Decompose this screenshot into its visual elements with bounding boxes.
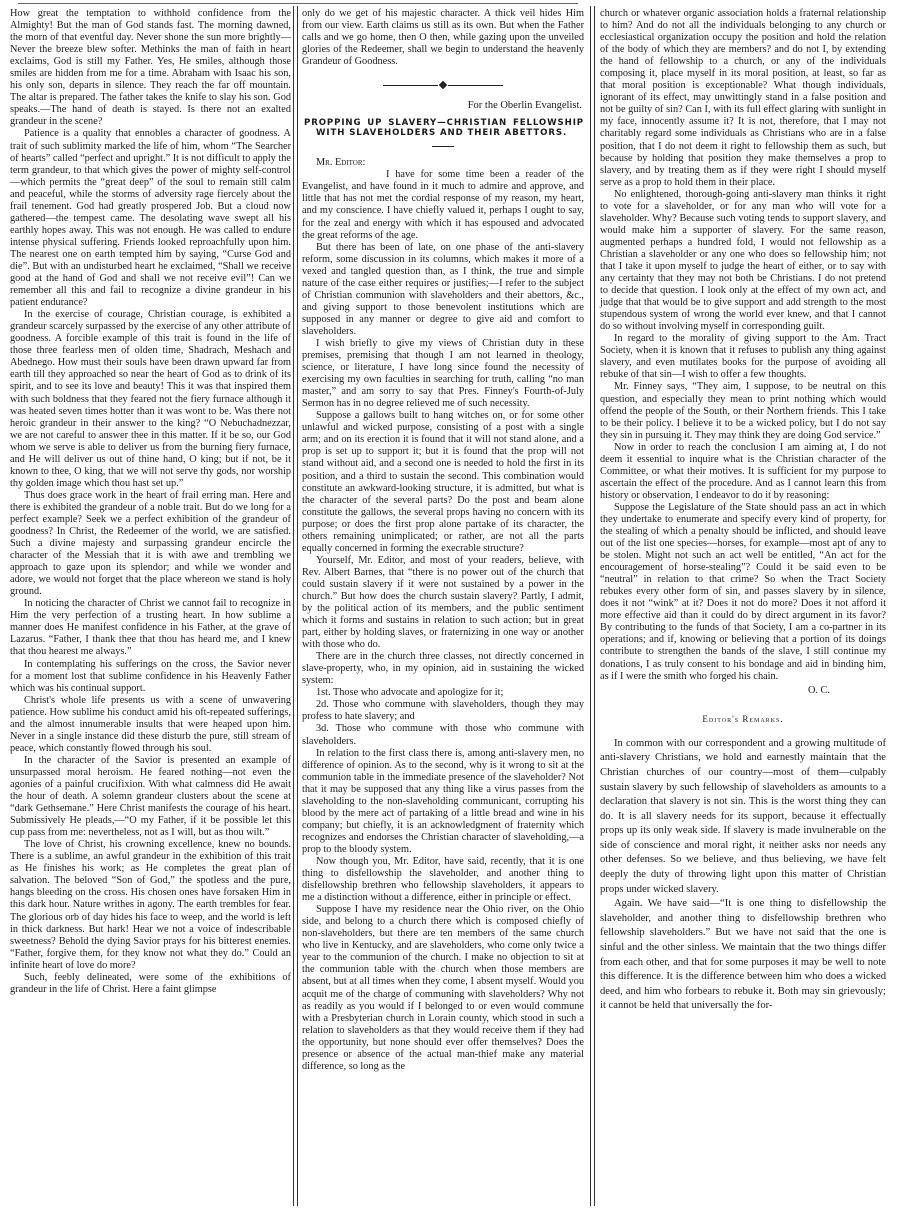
editor-remarks: In common with our correspondent and a g…: [600, 737, 886, 1014]
classes-list: 1st. Those who advocate and apologize fo…: [302, 687, 584, 747]
column-rule: [293, 6, 298, 1206]
list-item: 1st. Those who advocate and apologize fo…: [302, 687, 584, 699]
article-byline: For the Oberlin Evangelist.: [302, 100, 584, 112]
paragraph: Suppose the Legislature of the State sho…: [600, 502, 886, 683]
paragraph: But there has been of late, on one phase…: [302, 242, 584, 338]
paragraph: Such, feebly delineated, were some of th…: [10, 972, 291, 996]
paragraph: Suppose a gallows built to hang witches …: [302, 410, 584, 555]
paragraph: church or whatever organic association h…: [600, 8, 886, 189]
paragraph: No enlightened, thorough-going anti-slav…: [600, 189, 886, 334]
column-1: How great the temptation to withhold con…: [10, 8, 291, 996]
paragraph: Patience is a quality that ennobles a ch…: [10, 128, 291, 309]
paragraph: Yourself, Mr. Editor, and most of your r…: [302, 555, 584, 651]
paragraph: How great the temptation to withhold con…: [10, 8, 291, 128]
section-divider-ornament: [302, 82, 584, 88]
list-item: 3d. Those who commune with those who com…: [302, 723, 584, 747]
divider-line: [383, 85, 438, 86]
editor-remarks-heading: Editor's Remarks.: [600, 713, 886, 725]
paragraph: Mr. Finney says, “They aim, I suppose, t…: [600, 381, 886, 441]
paragraph: Now though you, Mr. Editor, have said, r…: [302, 856, 584, 904]
paragraph: only do we get of his majestic character…: [302, 8, 584, 68]
column-rule: [590, 6, 595, 1206]
paragraph: In the character of the Savior is presen…: [10, 755, 291, 839]
paragraph: In regard to the morality of giving supp…: [600, 333, 886, 381]
letter-signature: O. C.: [600, 685, 886, 697]
paragraph: In relation to the first class there is,…: [302, 748, 584, 856]
list-item: 2d. Those who commune with slaveholders,…: [302, 699, 584, 723]
paragraph: Suppose I have my residence near the Ohi…: [302, 904, 584, 1073]
paragraph: Now in order to reach the conclusion I a…: [600, 442, 886, 502]
paragraph: Thus does grace work in the heart of fra…: [10, 490, 291, 598]
column-2: only do we get of his majestic character…: [302, 8, 584, 1073]
paragraph: In contemplating his sufferings on the c…: [10, 659, 291, 695]
paragraph: There are in the church three classes, n…: [302, 651, 584, 687]
divider-line: [448, 85, 503, 86]
paragraph: In the exercise of courage, Christian co…: [10, 309, 291, 490]
article-headline: PROPPING UP SLAVERY—CHRISTIAN FELLOWSHIP…: [302, 118, 584, 138]
paragraph: I have for some time been a reader of th…: [302, 169, 584, 241]
letter-salutation: Mr. Editor:: [302, 157, 584, 169]
paragraph: In noticing the character of Christ we c…: [10, 598, 291, 658]
diamond-ornament-icon: [439, 81, 447, 89]
paragraph: In common with our correspondent and a g…: [600, 737, 886, 898]
headline-rule: [432, 146, 454, 147]
paragraph: Again. We have said—“It is one thing to …: [600, 897, 886, 1014]
top-rule: [18, 3, 578, 4]
paragraph: I wish briefly to give my views of Chris…: [302, 338, 584, 410]
paragraph: The love of Christ, his crowning excelle…: [10, 839, 291, 972]
column-3: church or whatever organic association h…: [600, 8, 886, 1014]
paragraph: Christ's whole life presents us with a s…: [10, 695, 291, 755]
